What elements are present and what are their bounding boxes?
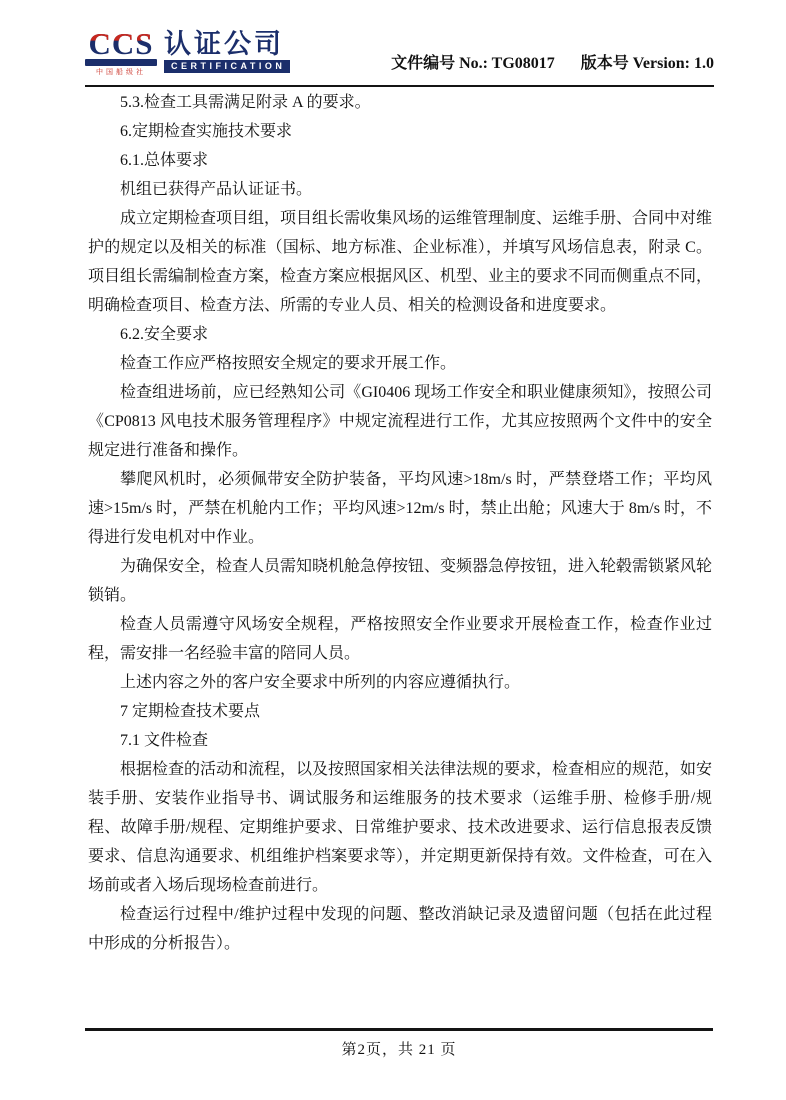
page-footer: 第2页，共 21 页 — [85, 1028, 713, 1059]
page-number: 第2页，共 21 页 — [85, 1031, 713, 1059]
paragraph: 7 定期检查技术要点 — [88, 697, 712, 726]
paragraph: 6.2.安全要求 — [88, 320, 712, 349]
paragraph: 机组已获得产品认证证书。 — [88, 175, 712, 204]
page-header: CCS CCS 中国船级社 认证公司 CERTIFICATION 文件编号 No… — [85, 30, 714, 87]
document-meta: 文件编号 No.: TG08017版本号 Version: 1.0 — [391, 50, 714, 77]
doc-number: 文件编号 No.: TG08017 — [391, 55, 555, 72]
paragraph: 5.3.检查工具需满足附录 A 的要求。 — [88, 88, 712, 117]
paragraph: 6.1.总体要求 — [88, 146, 712, 175]
ccs-logo-right: 认证公司 CERTIFICATION — [164, 30, 290, 73]
paragraph: 上述内容之外的客户安全要求中所列的内容应遵循执行。 — [88, 668, 712, 697]
doc-version: 版本号 Version: 1.0 — [581, 55, 714, 72]
paragraph: 检查运行过程中/维护过程中发现的问题、整改消缺记录及遗留问题（包括在此过程中形成… — [88, 900, 712, 958]
ccs-logo-left: CCS CCS 中国船级社 — [85, 30, 157, 77]
ccs-chinese-name: 中国船级社 — [96, 67, 146, 77]
paragraph: 检查人员需遵守风场安全规程，严格按照安全作业要求开展检查工作，检查作业过程，需安… — [88, 610, 712, 668]
paragraph: 7.1 文件检查 — [88, 726, 712, 755]
paragraph: 根据检查的活动和流程，以及按照国家相关法律法规的要求，检查相应的规范，如安装手册… — [88, 755, 712, 900]
paragraph: 6.定期检查实施技术要求 — [88, 117, 712, 146]
paragraph: 检查工作应严格按照安全规定的要求开展工作。 — [88, 349, 712, 378]
company-name-cn: 认证公司 — [164, 30, 284, 58]
document-body: 5.3.检查工具需满足附录 A 的要求。6.定期检查实施技术要求6.1.总体要求… — [88, 88, 712, 958]
ccs-logo: CCS CCS 中国船级社 认证公司 CERTIFICATION — [85, 30, 290, 77]
ccs-letters-base: CCS — [88, 26, 153, 61]
paragraph: 攀爬风机时，必须佩带安全防护装备，平均风速>18m/s 时，严禁登塔工作；平均风… — [88, 465, 712, 552]
paragraph: 成立定期检查项目组，项目组长需收集风场的运维管理制度、运维手册、合同中对维护的规… — [88, 204, 712, 320]
ccs-letters: CCS CCS — [88, 30, 153, 58]
certification-label: CERTIFICATION — [164, 60, 290, 73]
paragraph: 为确保安全，检查人员需知晓机舱急停按钮、变频器急停按钮，进入轮毂需锁紧风轮锁销。 — [88, 552, 712, 610]
document-page: CCS CCS 中国船级社 认证公司 CERTIFICATION 文件编号 No… — [0, 0, 786, 1100]
paragraph: 检查组进场前，应已经熟知公司《GI0406 现场工作安全和职业健康须知》，按照公… — [88, 378, 712, 465]
